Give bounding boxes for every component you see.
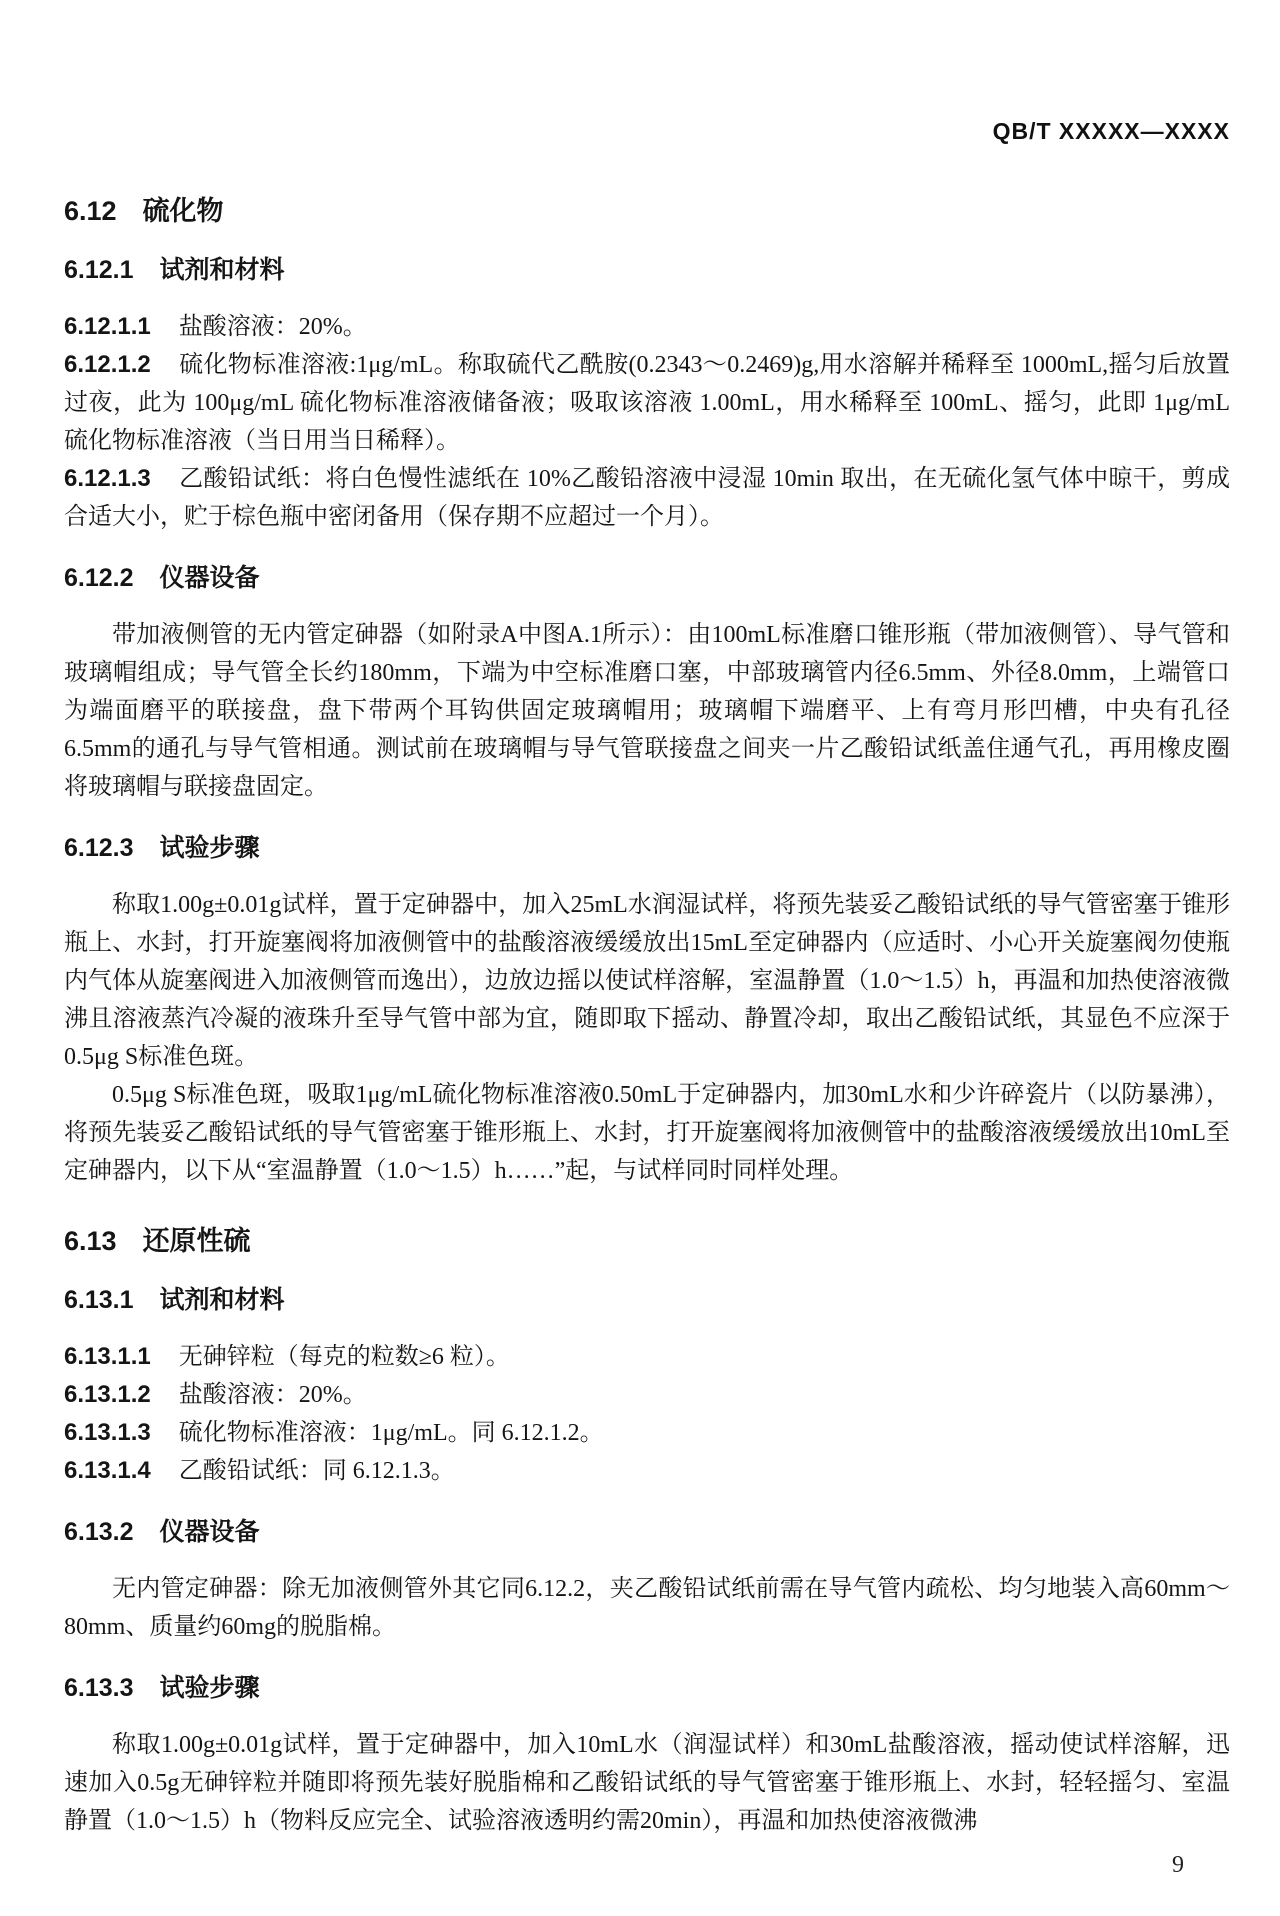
paragraph-6-13-2: 无内管定砷器：除无加液侧管外其它同6.12.2，夹乙酸铅试纸前需在导气管内疏松、… [64, 1570, 1230, 1646]
heading-number: 6.13.2 [64, 1518, 134, 1546]
clause-6-13-1-4: 6.13.1.4乙酸铅试纸：同 6.12.1.3。 [64, 1452, 1230, 1490]
clause-number: 6.13.1.2 [64, 1381, 151, 1408]
clause-6-12-1-3: 6.12.1.3乙酸铅试纸：将白色慢性滤纸在 10%乙酸铅溶液中浸湿 10min… [64, 460, 1230, 536]
heading-6-13-2: 6.13.2仪器设备 [64, 1516, 1230, 1548]
heading-title: 还原性硫 [143, 1226, 251, 1256]
page-content: QB/T XXXXX—XXXX 6.12硫化物 6.12.1试剂和材料 6.12… [0, 0, 1280, 1840]
heading-title: 试验步骤 [160, 834, 260, 862]
heading-title: 硫化物 [143, 196, 224, 226]
heading-number: 6.12.3 [64, 834, 134, 862]
clause-text: 盐酸溶液：20%。 [179, 1382, 367, 1408]
paragraph-6-12-3-1: 称取1.00g±0.01g试样，置于定砷器中，加入25mL水润湿试样，将预先装妥… [64, 886, 1230, 1076]
clause-6-12-1-2: 6.12.1.2硫化物标准溶液:1μg/mL。称取硫代乙酰胺(0.2343～0.… [64, 346, 1230, 460]
standard-number-header: QB/T XXXXX—XXXX [64, 116, 1230, 146]
clause-text: 盐酸溶液：20%。 [179, 314, 367, 340]
heading-number: 6.13 [64, 1226, 117, 1256]
clause-number: 6.13.1.4 [64, 1457, 151, 1484]
clause-number: 6.13.1.3 [64, 1419, 151, 1446]
heading-6-13-1: 6.13.1试剂和材料 [64, 1284, 1230, 1316]
clause-text: 无砷锌粒（每克的粒数≥6 粒）。 [179, 1344, 510, 1370]
paragraph-6-13-3: 称取1.00g±0.01g试样，置于定砷器中，加入10mL水（润湿试样）和30m… [64, 1726, 1230, 1840]
heading-title: 仪器设备 [160, 564, 260, 592]
clause-6-13-1-2: 6.13.1.2盐酸溶液：20%。 [64, 1376, 1230, 1414]
heading-6-13: 6.13还原性硫 [64, 1224, 1230, 1258]
clause-6-12-1-1: 6.12.1.1盐酸溶液：20%。 [64, 308, 1230, 346]
clause-number: 6.12.1.3 [64, 465, 151, 492]
heading-6-13-3: 6.13.3试验步骤 [64, 1672, 1230, 1704]
heading-number: 6.12 [64, 196, 117, 226]
clause-text: 乙酸铅试纸：同 6.12.1.3。 [179, 1458, 455, 1484]
heading-6-12: 6.12硫化物 [64, 194, 1230, 228]
heading-6-12-2: 6.12.2仪器设备 [64, 562, 1230, 594]
heading-6-12-3: 6.12.3试验步骤 [64, 832, 1230, 864]
heading-title: 试剂和材料 [160, 256, 285, 284]
clause-6-13-1-1: 6.13.1.1无砷锌粒（每克的粒数≥6 粒）。 [64, 1338, 1230, 1376]
heading-number: 6.12.2 [64, 564, 134, 592]
clause-number: 6.12.1.1 [64, 313, 151, 340]
heading-6-12-1: 6.12.1试剂和材料 [64, 254, 1230, 286]
clause-number: 6.13.1.1 [64, 1343, 151, 1370]
clause-text: 硫化物标准溶液:1μg/mL。称取硫代乙酰胺(0.2343～0.2469)g,用… [64, 352, 1230, 454]
heading-number: 6.13.3 [64, 1674, 134, 1702]
paragraph-6-12-3-2: 0.5μg S标准色斑，吸取1μg/mL硫化物标准溶液0.50mL于定砷器内，加… [64, 1076, 1230, 1190]
document-page: QB/T XXXXX—XXXX 6.12硫化物 6.12.1试剂和材料 6.12… [0, 0, 1280, 1916]
clause-number: 6.12.1.2 [64, 351, 151, 378]
paragraph-6-12-2: 带加液侧管的无内管定砷器（如附录A中图A.1所示）：由100mL标准磨口锥形瓶（… [64, 616, 1230, 806]
clause-6-13-1-3: 6.13.1.3硫化物标准溶液：1μg/mL。同 6.12.1.2。 [64, 1414, 1230, 1452]
heading-number: 6.12.1 [64, 256, 134, 284]
clause-text: 乙酸铅试纸：将白色慢性滤纸在 10%乙酸铅溶液中浸湿 10min 取出，在无硫化… [64, 466, 1230, 530]
heading-title: 试剂和材料 [160, 1286, 285, 1314]
heading-title: 试验步骤 [160, 1674, 260, 1702]
page-number: 9 [1172, 1850, 1184, 1880]
heading-title: 仪器设备 [160, 1518, 260, 1546]
heading-number: 6.13.1 [64, 1286, 134, 1314]
clause-text: 硫化物标准溶液：1μg/mL。同 6.12.1.2。 [179, 1420, 604, 1446]
